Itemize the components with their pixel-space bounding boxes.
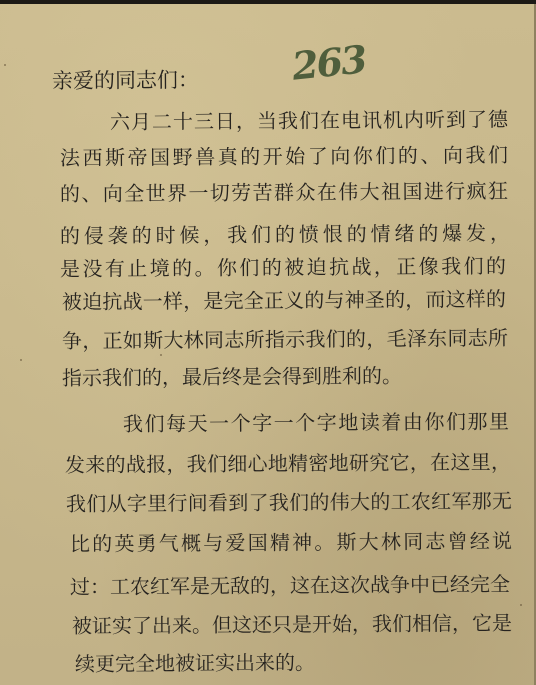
archive-page-number: 263	[290, 36, 368, 88]
letter-line: 的、向全世界一切劳苦群众在伟大祖国进行疯狂	[60, 177, 508, 208]
letter-line: 被证实了出来。但这还只是开始，我们相信，它是会继	[72, 609, 512, 640]
letter-salutation: 亲爱的同志们：	[52, 66, 199, 95]
letter-line: 过：工农红军是无敌的，这在这次战争中已经完全地	[70, 570, 510, 601]
letter-line: 法西斯帝国野兽真的开始了向你们的、向我们	[60, 141, 508, 172]
letter-line: 续更完全地被证实出来的。	[75, 648, 315, 678]
letter-line: 指示我们的，最后终是会得到胜利的。	[62, 362, 402, 392]
letter-line: 我们每天一个字一个字地读着由你们那里	[123, 407, 509, 438]
paper-speck	[20, 359, 22, 361]
letter-line: 六月二十三日，当我们在电讯机内听到了德国的	[110, 105, 508, 136]
letter-line: 被迫抗战一样，是完全正义的与神圣的，而这样的战	[62, 285, 506, 316]
letter-line: 是没有止境的。你们的被迫抗战，正像我们的	[60, 252, 506, 283]
letter-line: 我们从字里行间看到了我们的伟大的工农红军那无	[66, 487, 512, 518]
letter-line: 争，正如斯大林同志所指示我们的，毛泽东同志所	[62, 324, 508, 355]
letter-line: 发来的战报，我们细心地精密地研究它，在这里，	[65, 448, 511, 479]
paper-speck	[520, 604, 522, 606]
letter-line: 比的英勇气概与爱国精神。斯大林同志曾经说	[70, 527, 512, 558]
letter-line: 的侵袭的时候，我们的愤恨的情绪的爆发，	[60, 219, 510, 250]
paper-speck	[4, 64, 6, 66]
letter-page: 263 亲爱的同志们： 六月二十三日，当我们在电讯机内听到了德国的 法西斯帝国野…	[0, 4, 536, 685]
paper-speck	[160, 354, 162, 356]
